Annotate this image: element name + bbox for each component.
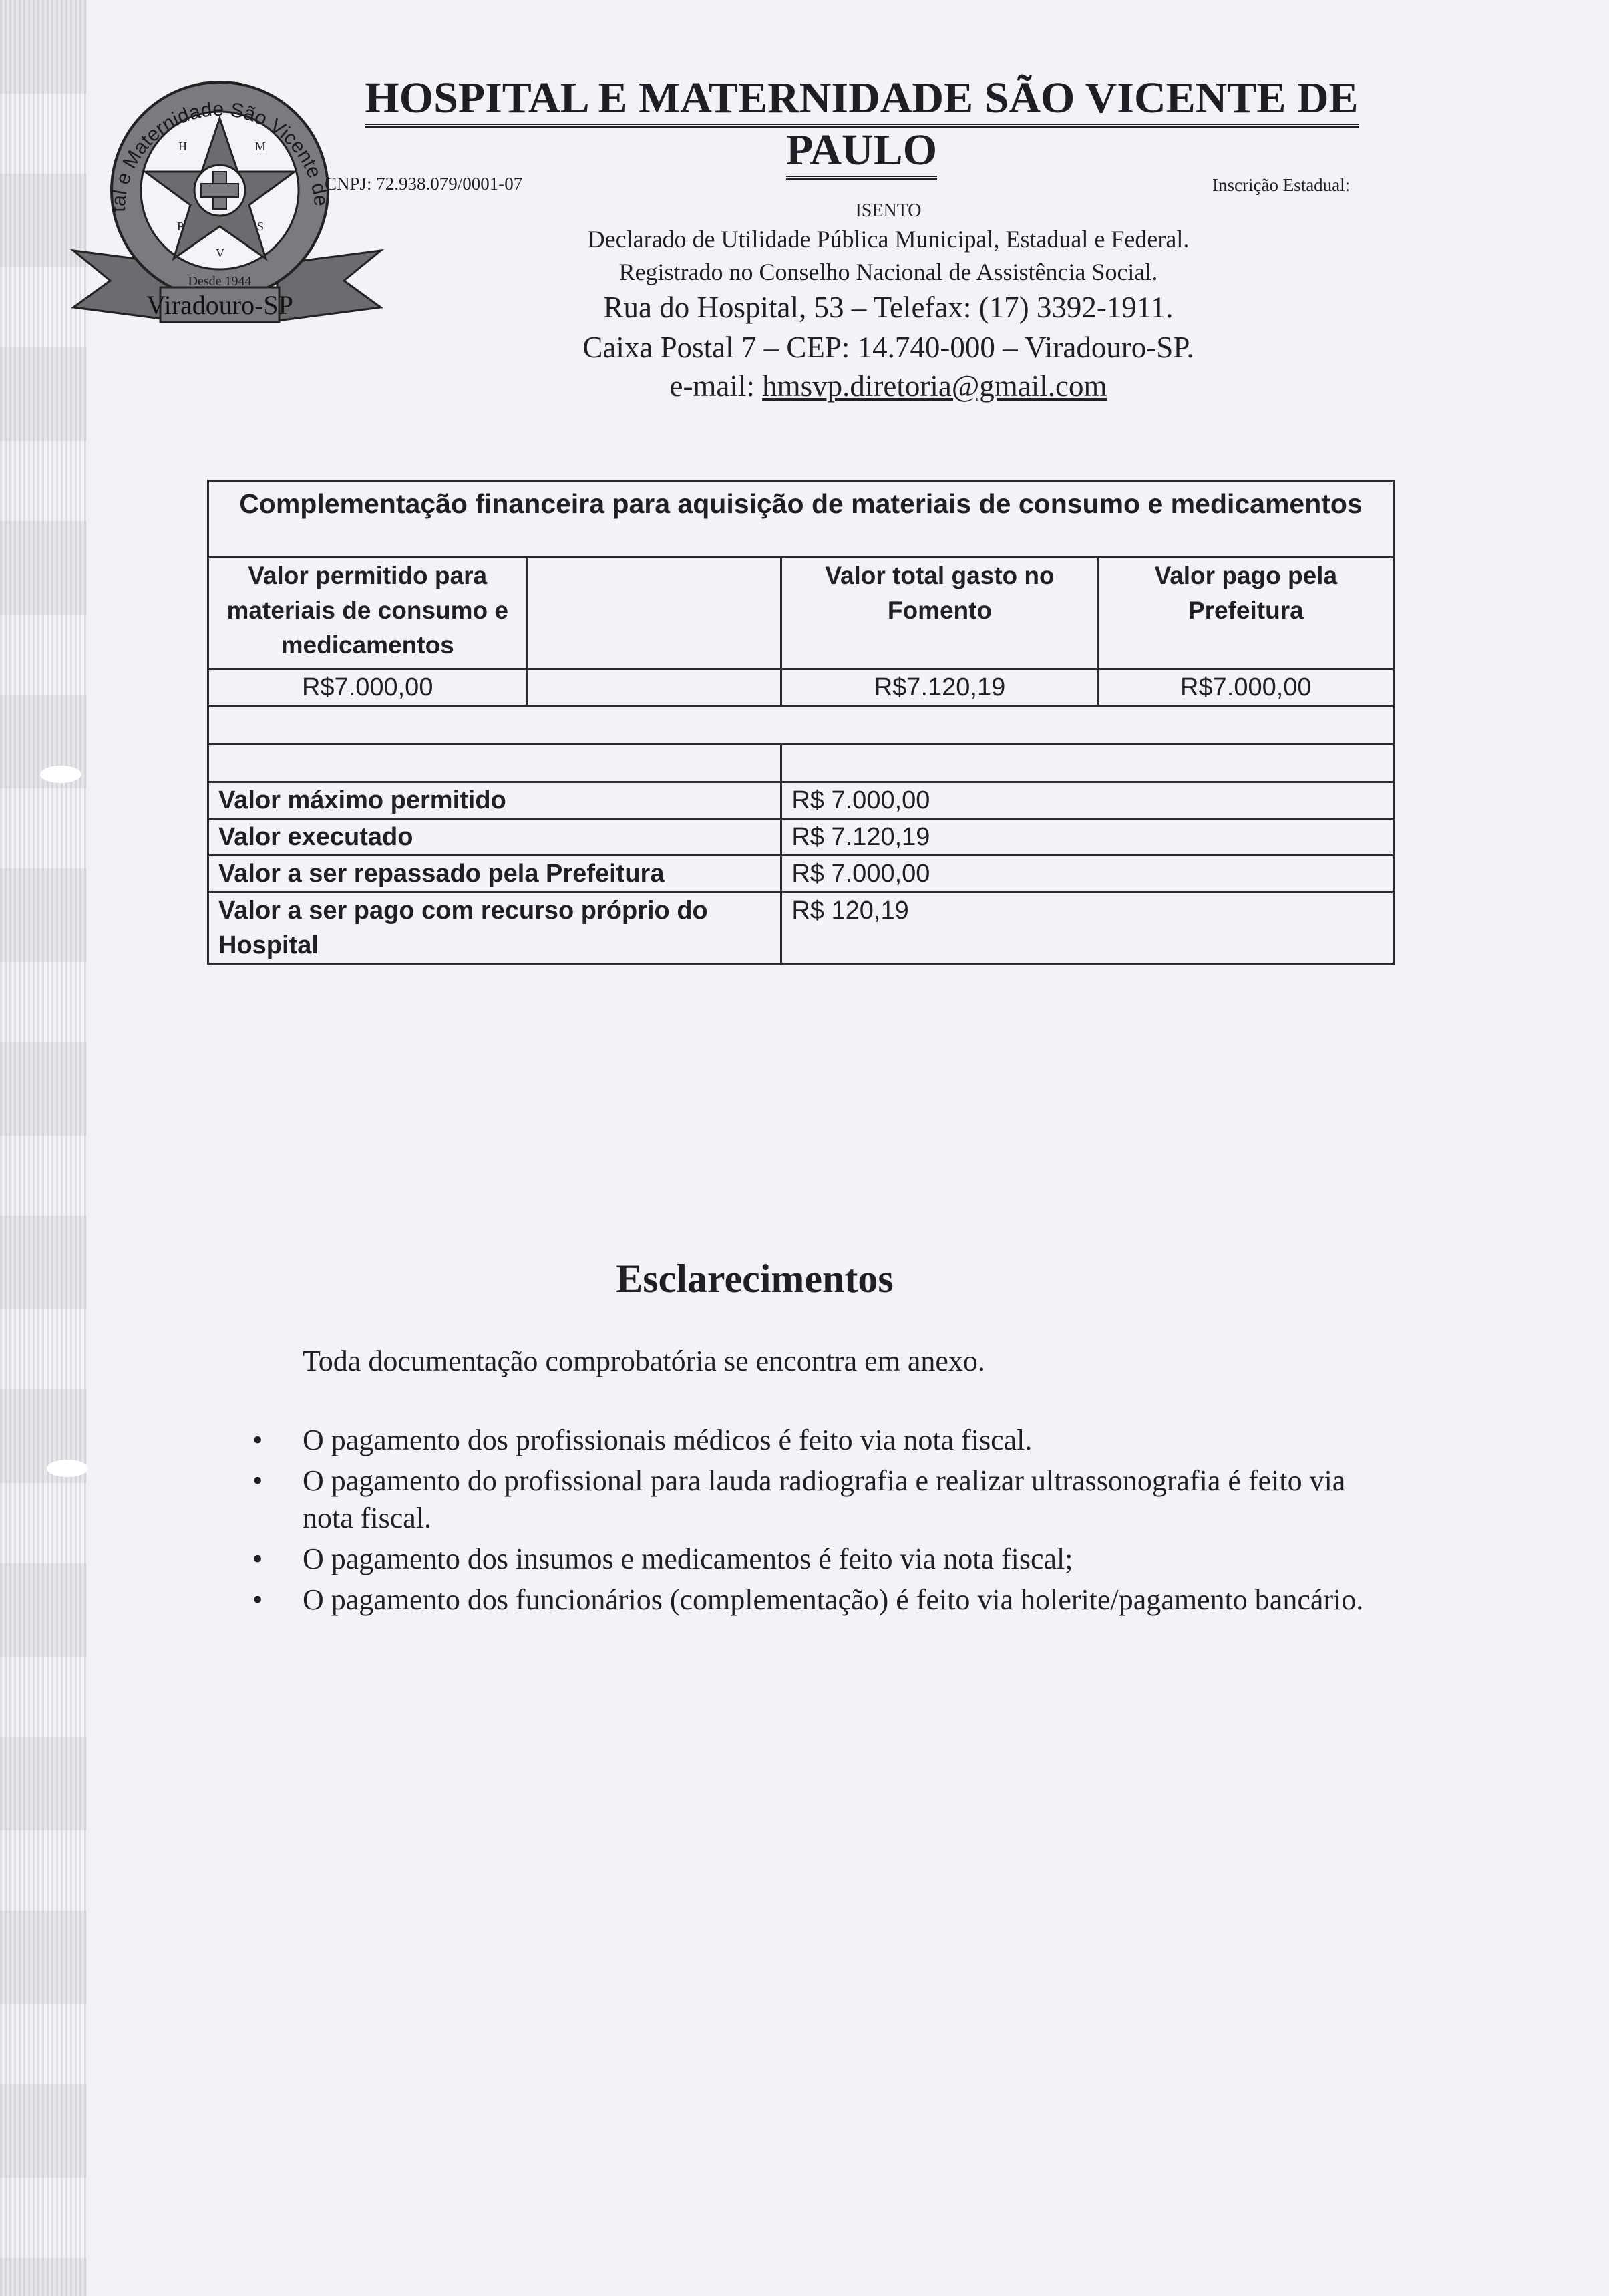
summary-label: Valor executado <box>208 819 781 856</box>
scan-artifact-bands <box>0 0 87 2296</box>
column-header: Valor total gasto no Fomento <box>781 558 1098 669</box>
list-item: •O pagamento dos funcionários (complemen… <box>252 1581 1401 1619</box>
summary-label: Valor a ser repassado pela Prefeitura <box>208 856 781 892</box>
summary-value: R$ 7.000,00 <box>781 856 1394 892</box>
column-header: Valor pago pela Prefeitura <box>1098 558 1393 669</box>
column-header <box>527 558 781 669</box>
list-item: •O pagamento dos profissionais médicos é… <box>252 1422 1401 1459</box>
summary-value: R$ 7.120,19 <box>781 819 1394 856</box>
hospital-title: HOSPITAL E MATERNIDADE SÃO VICENTE DE PA… <box>341 72 1383 176</box>
summary-row: Valor executado R$ 7.120,19 <box>208 819 1394 856</box>
title-line-1: HOSPITAL E MATERNIDADE SÃO VICENTE DE <box>365 73 1358 128</box>
blank-row <box>208 706 1394 744</box>
email-link[interactable]: hmsvp.diretoria@gmail.com <box>762 369 1107 403</box>
clarifications-intro: Toda documentação comprobatória se encon… <box>303 1344 985 1378</box>
svg-text:V: V <box>216 247 224 260</box>
table-cell: R$7.120,19 <box>781 669 1098 706</box>
summary-label: Valor a ser pago com recurso próprio do … <box>208 892 781 964</box>
inscricao-estadual-label: Inscrição Estadual: <box>1212 175 1350 196</box>
svg-text:S: S <box>257 220 264 233</box>
list-item: •O pagamento do profissional para lauda … <box>252 1462 1401 1537</box>
summary-row: Valor a ser pago com recurso próprio do … <box>208 892 1394 964</box>
list-item: •O pagamento dos insumos e medicamentos … <box>252 1540 1401 1578</box>
summary-row: Valor a ser repassado pela Prefeitura R$… <box>208 856 1394 892</box>
bullet-icon: • <box>252 1422 262 1459</box>
svg-text:M: M <box>255 140 266 153</box>
svg-text:H: H <box>178 140 187 153</box>
summary-value: R$ 7.000,00 <box>781 782 1394 819</box>
summary-row: Valor máximo permitido R$ 7.000,00 <box>208 782 1394 819</box>
summary-value: R$ 120,19 <box>781 892 1394 964</box>
bullet-icon: • <box>252 1581 262 1619</box>
clarifications-title: Esclarecimentos <box>401 1256 1109 1302</box>
table-title: Complementação financeira para aquisição… <box>208 481 1394 558</box>
postal-address: Caixa Postal 7 – CEP: 14.740-000 – Virad… <box>401 330 1376 365</box>
registered-council: Registrado no Conselho Nacional de Assis… <box>401 258 1376 286</box>
title-line-2: PAULO <box>786 126 937 180</box>
table-row: R$7.000,00 R$7.120,19 R$7.000,00 <box>208 669 1394 706</box>
table-cell: R$7.000,00 <box>208 669 527 706</box>
blank-row <box>208 744 1394 782</box>
table-cell: R$7.000,00 <box>1098 669 1393 706</box>
bullet-icon: • <box>252 1540 262 1578</box>
svg-text:Viradouro-SP: Viradouro-SP <box>146 290 293 320</box>
punch-hole <box>47 1460 88 1477</box>
table-header-row: Valor permitido para materiais de consum… <box>208 558 1394 669</box>
inscricao-estadual-value: ISENTO <box>401 200 1376 222</box>
column-header: Valor permitido para materiais de consum… <box>208 558 527 669</box>
financial-table: Complementação financeira para aquisição… <box>207 480 1395 965</box>
cnpj: CNPJ: 72.938.079/0001-07 <box>325 174 522 194</box>
declared-public-utility: Declarado de Utilidade Pública Municipal… <box>401 225 1376 253</box>
table-cell <box>527 669 781 706</box>
clarifications-list: •O pagamento dos profissionais médicos é… <box>252 1422 1401 1622</box>
bullet-icon: • <box>252 1462 262 1500</box>
address: Rua do Hospital, 53 – Telefax: (17) 3392… <box>401 290 1376 325</box>
punch-hole <box>40 766 81 783</box>
svg-text:P: P <box>177 220 184 233</box>
email-line: e-mail: hmsvp.diretoria@gmail.com <box>401 369 1376 403</box>
summary-label: Valor máximo permitido <box>208 782 781 819</box>
